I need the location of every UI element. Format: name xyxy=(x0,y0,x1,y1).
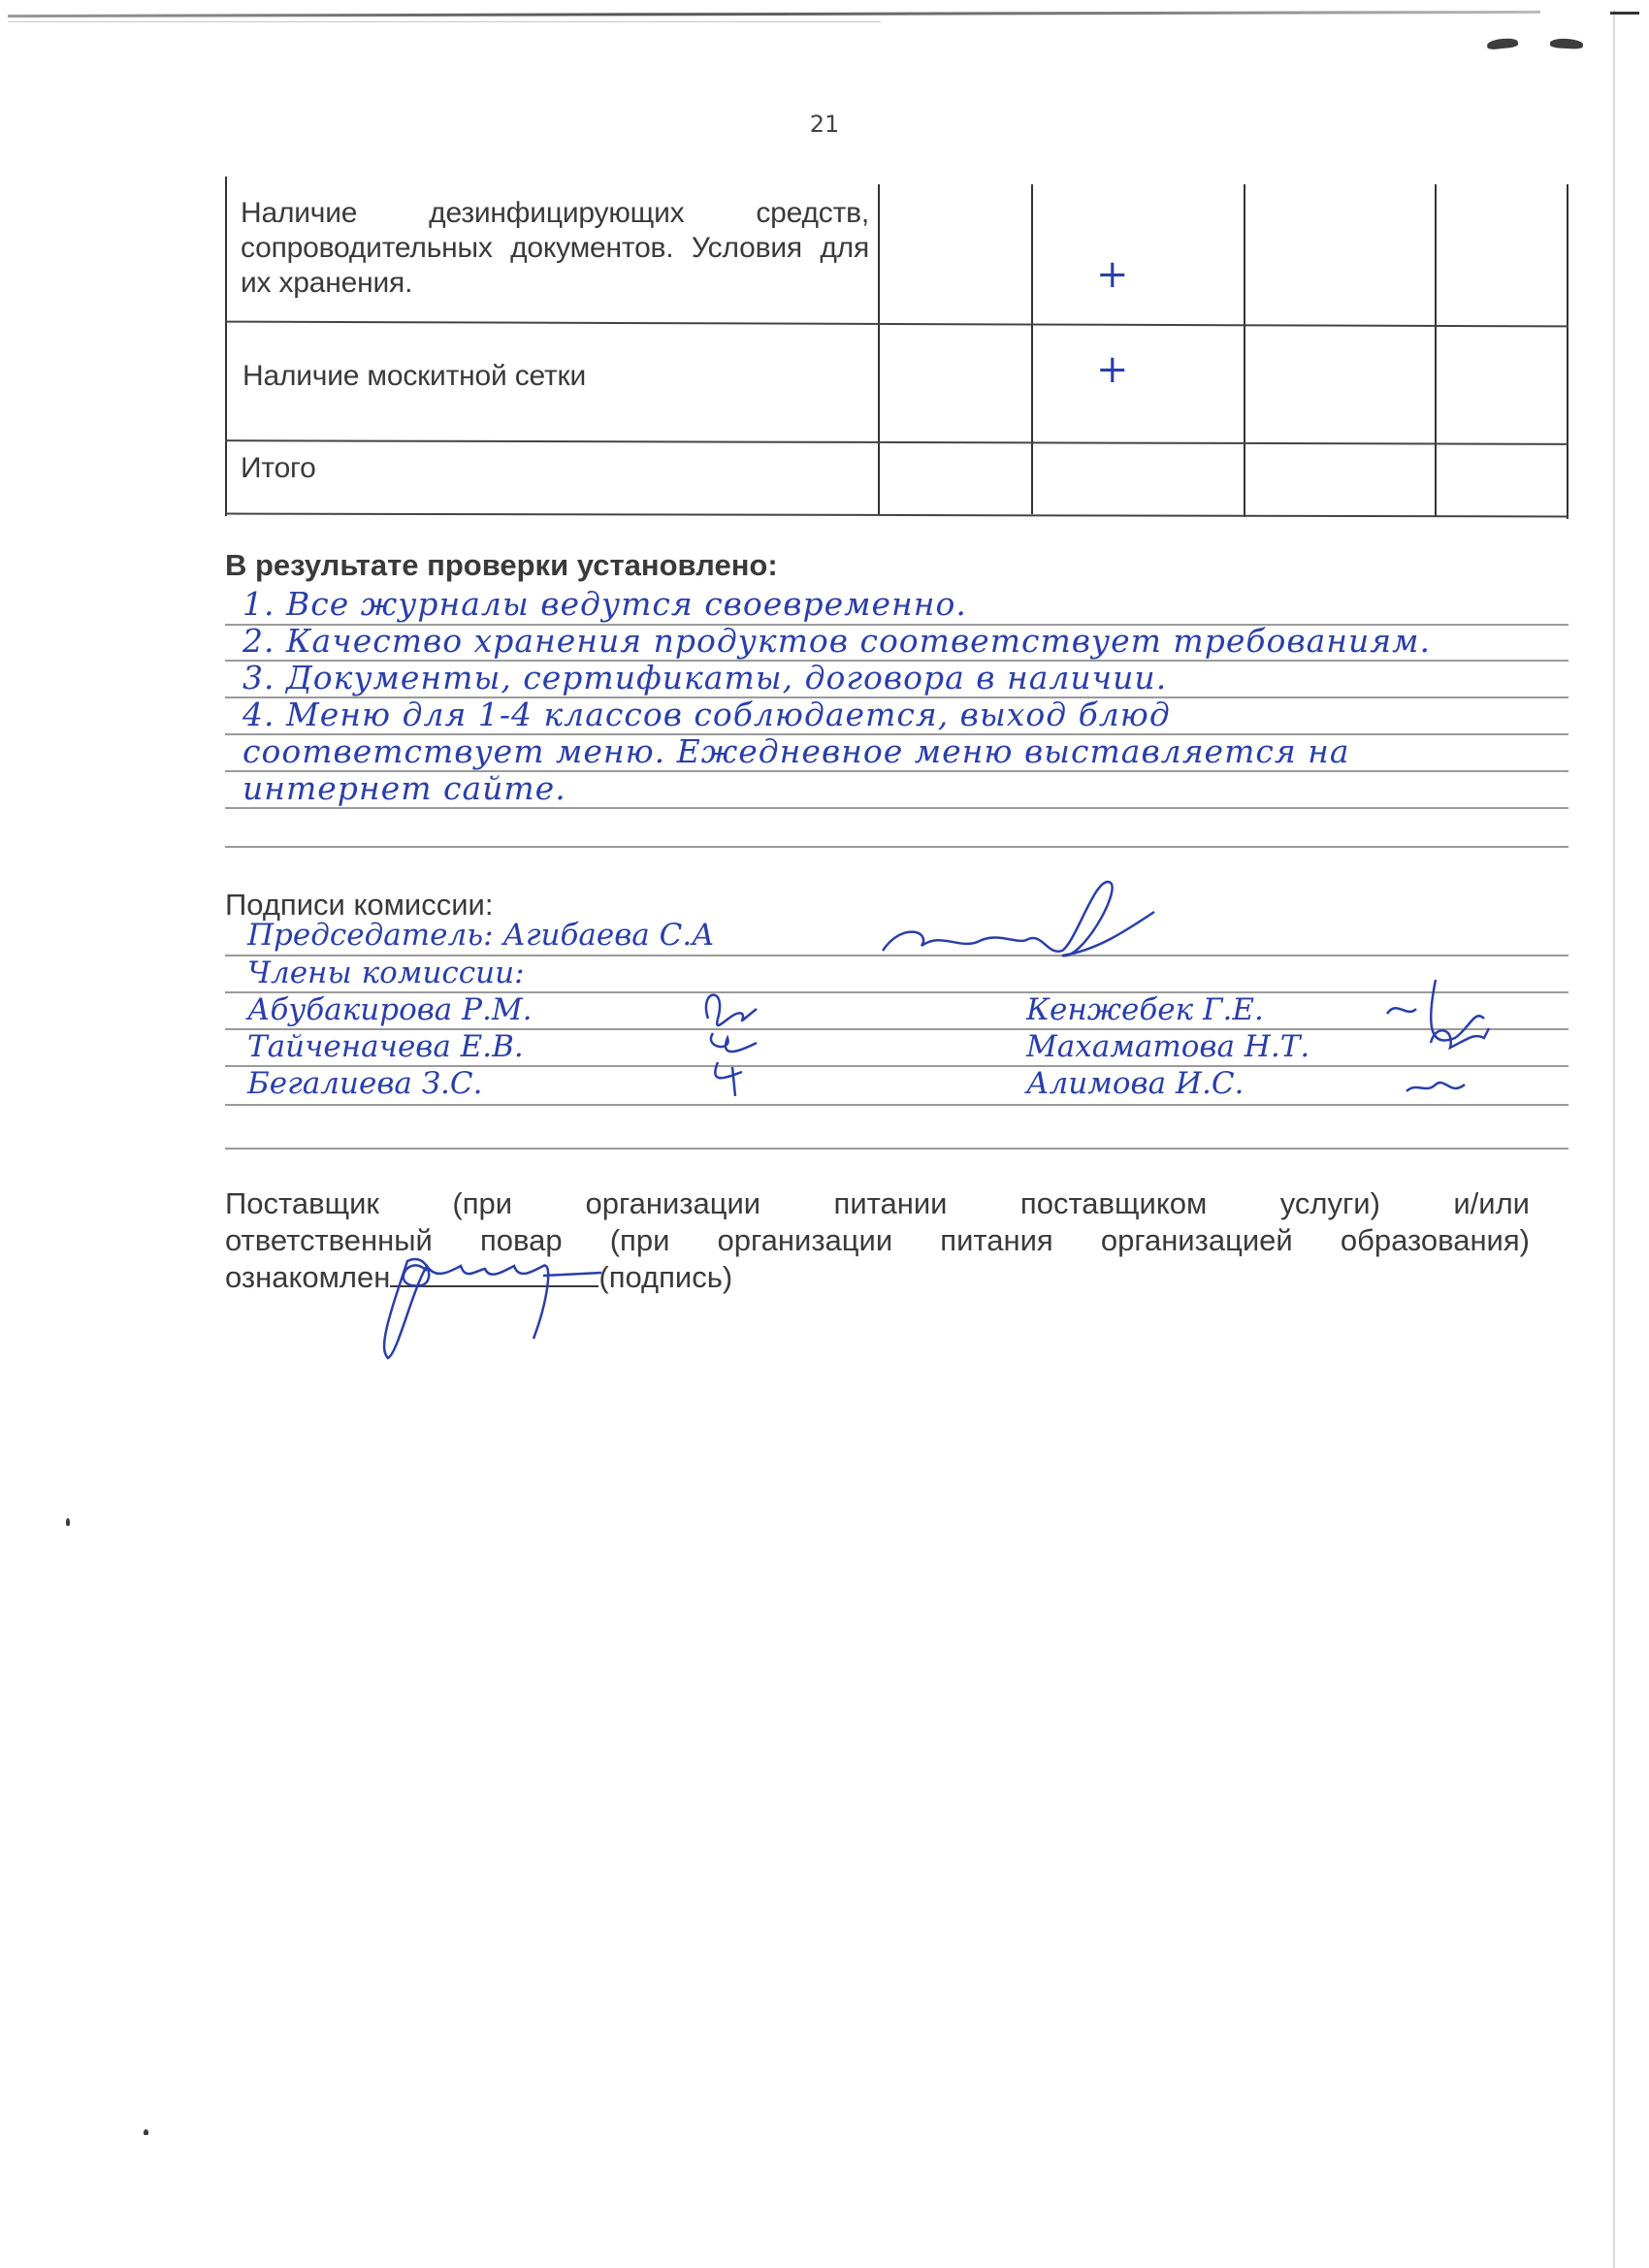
chair-line: Председатель: Агибаева С.А xyxy=(247,918,715,953)
table-border xyxy=(225,513,1568,518)
signature-member xyxy=(1377,970,1523,1116)
signature-member xyxy=(689,980,776,1096)
page-number: 21 xyxy=(0,111,1649,138)
scan-edge-corner xyxy=(1610,12,1639,15)
finding-line: 1. Все журналы ведутся своевременно. xyxy=(242,585,967,623)
check-mark: + xyxy=(1096,347,1129,392)
member-left: Тайченачева Е.В. xyxy=(247,1029,524,1064)
table-border xyxy=(878,184,880,514)
member-right: Кенжебек Г.Е. xyxy=(1026,992,1264,1027)
scan-blot xyxy=(1487,37,1519,49)
member-left: Бегалиева З.С. xyxy=(247,1066,482,1101)
finding-line: интернет сайте. xyxy=(242,769,566,807)
ruled-line xyxy=(225,1148,1568,1150)
table-border xyxy=(225,321,1568,328)
table-row-label: Итого xyxy=(241,451,316,486)
finding-line: соответствует меню. Ежедневное меню выст… xyxy=(242,732,1350,770)
signature-chair xyxy=(873,863,1164,980)
table-border xyxy=(1435,184,1437,517)
ruled-line xyxy=(225,1104,1568,1106)
members-label: Члены комиссии: xyxy=(247,956,525,990)
supplier-line-1: Поставщик (при организации питании поста… xyxy=(225,1185,1530,1222)
member-right: Алимова И.С. xyxy=(1026,1066,1244,1101)
ruled-line xyxy=(225,807,1568,809)
table-border xyxy=(1244,184,1245,517)
findings-heading: В результате проверки установлено: xyxy=(225,548,778,583)
finding-line: 4. Меню для 1-4 классов соблюдается, вых… xyxy=(242,696,1171,733)
scan-blot xyxy=(1550,38,1583,49)
finding-line: 3. Документы, сертификаты, договора в на… xyxy=(242,659,1167,697)
scan-edge-top-faint xyxy=(8,21,881,22)
scan-edge-top xyxy=(8,11,1540,17)
finding-line: 2. Качество хранения продуктов соответст… xyxy=(242,622,1431,660)
member-right: Махаматова Н.Т. xyxy=(1026,1029,1309,1064)
table-border xyxy=(225,177,227,516)
acknowledged-label: ознакомлен xyxy=(225,1260,390,1294)
table-row-label: Наличие москитной сетки xyxy=(242,359,863,394)
table-border xyxy=(225,439,1568,445)
member-left: Абубакирова Р.М. xyxy=(247,992,532,1027)
check-mark: + xyxy=(1096,252,1129,297)
signature-supplier xyxy=(369,1232,621,1368)
ruled-line xyxy=(225,846,1568,848)
scan-speck xyxy=(144,2129,148,2135)
table-border xyxy=(1567,184,1568,519)
scan-speck xyxy=(66,1518,70,1526)
table-row-label: Наличие дезинфицирующих средств, сопрово… xyxy=(241,196,869,301)
table-border xyxy=(1031,184,1033,514)
scan-edge-right xyxy=(1613,10,1615,2268)
